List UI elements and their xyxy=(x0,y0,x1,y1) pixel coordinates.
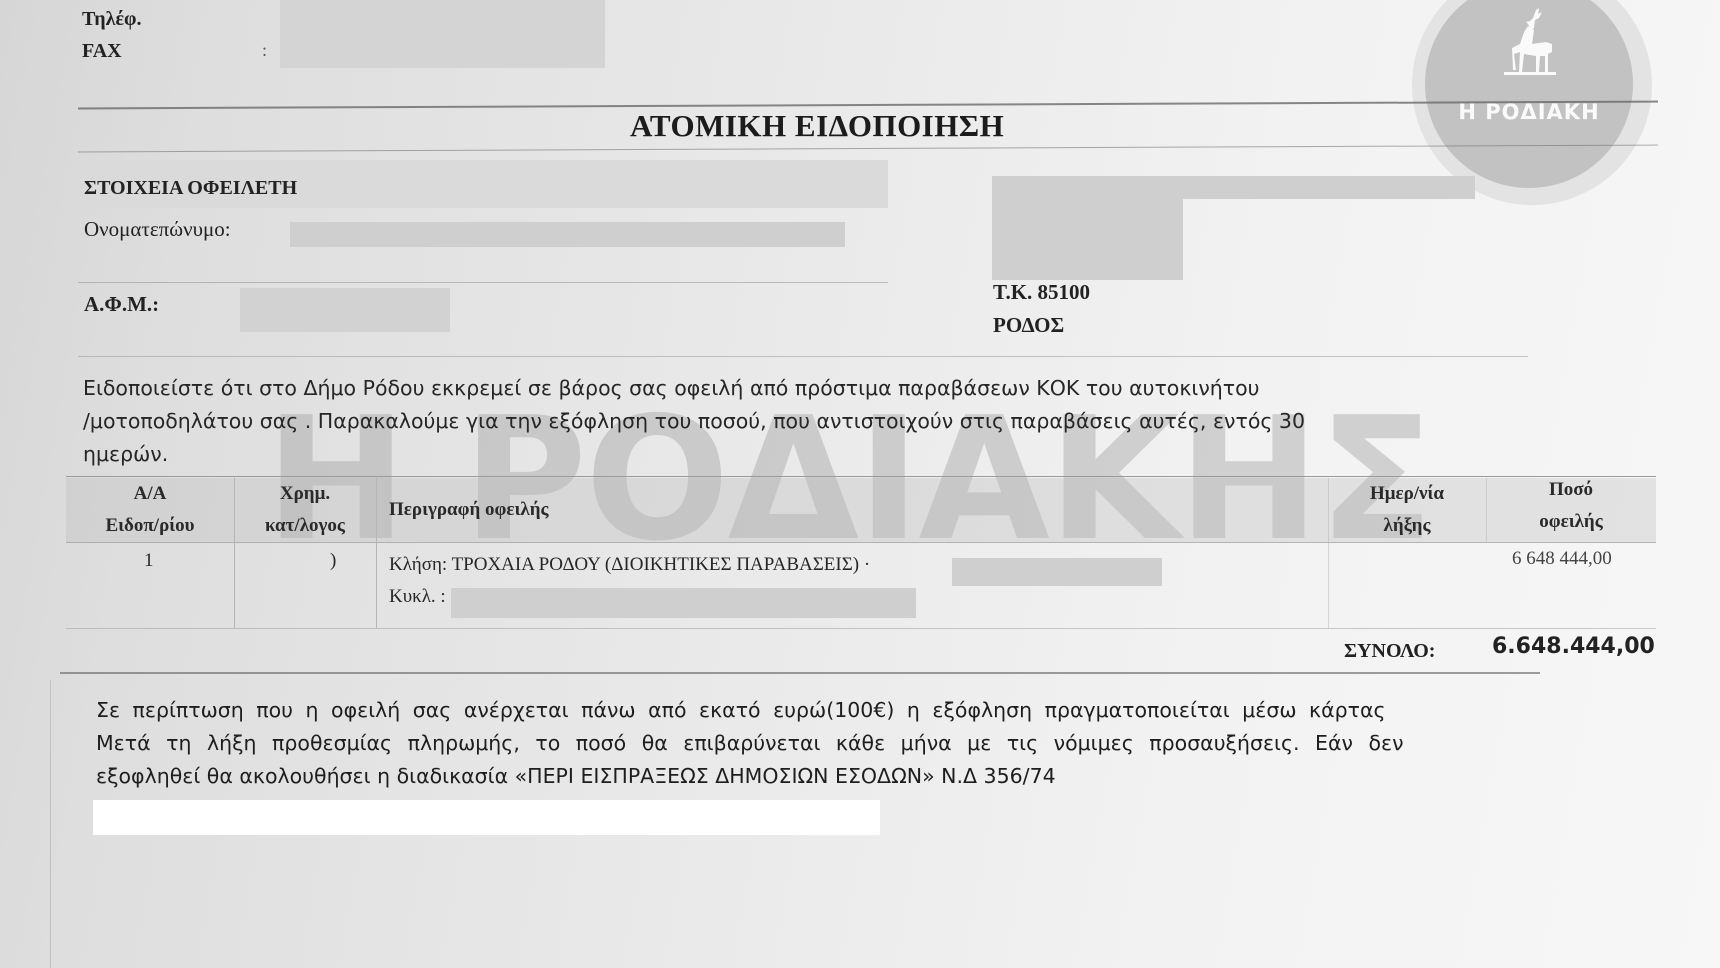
phone-label: Τηλέφ. xyxy=(82,8,142,31)
redacted-tax-id xyxy=(240,288,450,332)
notice-paragraph: Ειδοποιείστε ότι στο Δήμο Ρόδου εκκρεμεί… xyxy=(83,372,1443,471)
row-description-line2: Κυκλ. : xyxy=(389,586,446,608)
debtor-section-title: ΣΤΟΙΧΕΙΑ ΟΦΕΙΛΕΤΗ xyxy=(84,177,297,200)
footer-line: Σε περίπτωση που η οφειλή σας ανέρχεται … xyxy=(96,694,1556,727)
notice-line: /μοτοποδηλάτου σας . Παρακαλούμε για την… xyxy=(83,405,1443,438)
name-label: Ονοματεπώνυμο: xyxy=(84,217,231,242)
debtor-bottom-line xyxy=(78,356,1528,357)
debt-table: Α/Α Ειδοπ/ρίου Χρημ. κατ/λογος Περιγραφή… xyxy=(66,474,1656,674)
redacted-name xyxy=(290,222,845,247)
redacted-plate xyxy=(451,588,916,618)
footer-line: εξοφληθεί θα ακολουθήσει η διαδικασία «Π… xyxy=(96,760,1556,793)
page-title: ΑΤΟΜΙΚΗ ΕΙΔΟΠΟΙΗΣΗ xyxy=(630,108,1004,144)
title-rule xyxy=(78,145,1658,153)
name-row-line xyxy=(78,282,888,283)
footer-line: Μετά τη λήξη προθεσμίας πληρωμής, το ποσ… xyxy=(96,727,1556,760)
footer-notice: Σε περίπτωση που η οφειλή σας ανέρχεται … xyxy=(96,694,1556,793)
redacted-citation xyxy=(952,558,1162,586)
logo-text: Η ΡΟΔΙΑΚΗ xyxy=(1425,100,1633,124)
col-header-category: Χρημ. κατ/λογος xyxy=(234,478,376,542)
fax-separator: : xyxy=(262,40,267,61)
fax-label: FAX xyxy=(82,40,122,63)
col-header-expiry: Ημερ/νία λήξης xyxy=(1328,478,1486,542)
city: ΡΟΔΟΣ xyxy=(993,313,1064,338)
tax-id-label: Α.Φ.Μ.: xyxy=(84,292,159,317)
row-category: ) xyxy=(330,550,336,572)
table-top-line xyxy=(66,476,1656,477)
row-description-line1: Κλήση: ΤΡΟΧΑΙΑ ΡΟΔΟΥ (ΔΙΟΙΚΗΤΙΚΕΣ ΠΑΡΑΒΑ… xyxy=(389,554,870,576)
col-header-aa: Α/Α Ειδοπ/ρίου xyxy=(66,478,234,542)
col-header-amount: Ποσό οφειλής xyxy=(1486,474,1656,538)
redacted-contact-block xyxy=(280,0,605,68)
footer-box-left xyxy=(50,680,51,968)
redacted-signature xyxy=(93,800,880,835)
total-label: ΣΥΝΟΛΟ: xyxy=(1344,640,1435,663)
table-bottom-rule xyxy=(60,672,1540,674)
notice-line: Ειδοποιείστε ότι στο Δήμο Ρόδου εκκρεμεί… xyxy=(83,372,1443,405)
table-row-bottom-line xyxy=(66,628,1656,629)
col-header-description: Περιγραφή οφειλής xyxy=(389,494,549,526)
redacted-address-block xyxy=(992,176,1183,280)
deer-icon xyxy=(1502,8,1558,78)
row-amount: 6 648 444,00 xyxy=(1512,548,1612,570)
row-aa: 1 xyxy=(144,550,154,572)
total-value: 6.648.444,00 xyxy=(1492,634,1655,659)
table-row: 1 ) Κλήση: ΤΡΟΧΑΙΑ ΡΟΔΟΥ (ΔΙΟΙΚΗΤΙΚΕΣ ΠΑ… xyxy=(66,542,1656,628)
postal-code: Τ.Κ. 85100 xyxy=(993,280,1090,305)
notice-line: ημερών. xyxy=(83,438,1443,471)
